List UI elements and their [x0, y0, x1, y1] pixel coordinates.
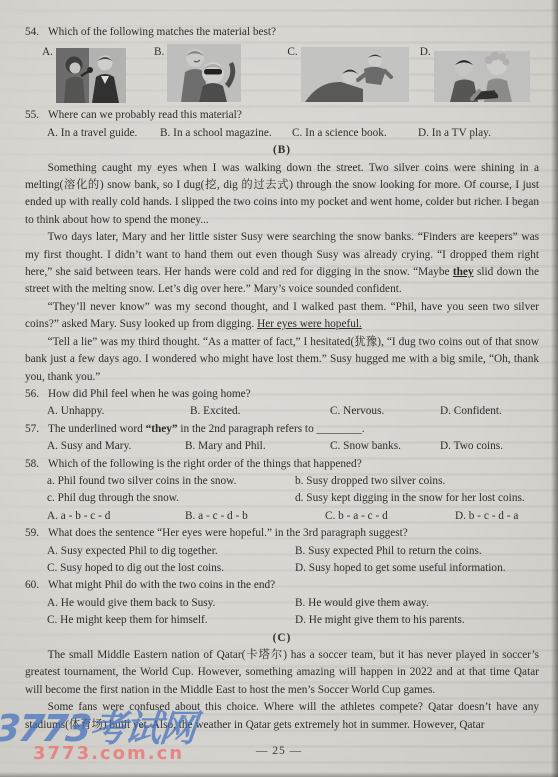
question-number: 58.	[25, 456, 48, 473]
question-number: 60.	[25, 577, 48, 594]
question-text: What does the sentence “Her eyes were ho…	[48, 525, 539, 542]
question-text-pre: The underlined word	[48, 423, 146, 435]
question-58: 58. Which of the following is the right …	[25, 456, 539, 473]
kids-with-sunglasses-photo	[167, 44, 241, 102]
quoted-sentence: “Her eyes were hopeful.”	[157, 527, 272, 539]
question-59: 59. What does the sentence “Her eyes wer…	[25, 525, 539, 542]
option-label: D.	[420, 44, 431, 61]
picture-option-d: D.	[420, 44, 530, 102]
option-c: C. He might keep them for himself.	[47, 612, 295, 629]
option-b: B. a - c - d - b	[185, 508, 325, 525]
question-56: 56. How did Phil feel when he was going …	[25, 386, 539, 403]
question-text-post: in the 2nd paragraph refers to	[178, 423, 317, 435]
question-text-pre: What does the sentence	[48, 527, 157, 539]
option-label: B.	[154, 44, 164, 61]
option-d: D. b - c - d - a	[455, 508, 539, 525]
question-number: 59.	[25, 525, 48, 542]
question-55: 55. Where can we probably read this mate…	[25, 107, 539, 124]
question-text: Where can we probably read this material…	[48, 107, 539, 124]
exam-content: 54. Which of the following matches the m…	[25, 24, 539, 734]
item-d: d. Susy kept digging in the snow for her…	[295, 490, 539, 507]
option-a: A. Susy and Mary.	[47, 438, 185, 455]
passage-b-paragraph-1: Something caught my eyes when I was walk…	[25, 160, 539, 230]
option-b: B. Mary and Phil.	[185, 438, 330, 455]
passage-b-paragraph-2: Two days later, Mary and her little sist…	[25, 229, 539, 299]
answer-blank: ________	[317, 423, 362, 435]
picture-option-c: C.	[287, 44, 408, 102]
option-c: C. b - a - c - d	[325, 508, 455, 525]
option-c: C. Susy hoped to dig out the lost coins.	[47, 560, 295, 577]
bold-word-they: “they”	[146, 423, 178, 435]
picture-option-a: A.	[42, 44, 126, 103]
parent-and-child-playing-photo	[301, 47, 409, 102]
option-label: C.	[287, 44, 297, 61]
page-number: — 25 —	[0, 745, 558, 757]
question-number: 56.	[25, 386, 48, 403]
question-57-options: A. Susy and Mary. B. Mary and Phil. C. S…	[47, 438, 539, 455]
question-56-options: A. Unhappy. B. Excited. C. Nervous. D. C…	[47, 403, 539, 420]
question-text: What might Phil do with the two coins in…	[48, 577, 539, 594]
underlined-word-they: they	[453, 266, 474, 278]
option-d: D. Susy hoped to get some useful informa…	[295, 560, 539, 577]
option-b: B. Susy expected Phil to return the coin…	[295, 543, 539, 560]
two-boys-reading-photo	[434, 51, 530, 102]
passage-b-heading: (B)	[25, 142, 539, 159]
exam-scan-page: 54. Which of the following matches the m…	[0, 0, 558, 777]
question-54: 54. Which of the following matches the m…	[25, 24, 539, 41]
question-text-post: in the 3rd paragraph suggest?	[272, 527, 408, 539]
question-59-options-ab: A. Susy expected Phil to dig together. B…	[47, 543, 539, 560]
picture-option-b: B.	[154, 44, 241, 102]
question-text: Which of the following matches the mater…	[48, 24, 539, 41]
passage-c-heading: (C)	[25, 630, 539, 647]
question-60-options-ab: A. He would give them back to Susy. B. H…	[47, 595, 539, 612]
question-58-items-cd: c. Phil dug through the snow. d. Susy ke…	[47, 490, 539, 507]
option-b: B. He would give them away.	[295, 595, 539, 612]
passage-b-paragraph-4: “Tell a lie” was my third thought. “As a…	[25, 334, 539, 386]
girl-interviewing-boy-photo	[56, 48, 126, 103]
option-d: D. Two coins.	[440, 438, 539, 455]
underlined-sentence: Her eyes were hopeful.	[257, 318, 362, 330]
option-a: A. Unhappy.	[47, 403, 190, 420]
question-58-options: A. a - b - c - d B. a - c - d - b C. b -…	[47, 508, 539, 525]
question-text: The underlined word “they” in the 2nd pa…	[48, 421, 539, 438]
option-label: A.	[42, 44, 53, 61]
option-a: A. a - b - c - d	[47, 508, 185, 525]
option-a: A. In a travel guide.	[47, 125, 160, 142]
option-d: D. In a TV play.	[418, 125, 539, 142]
option-c: C. In a science book.	[292, 125, 418, 142]
period: .	[362, 423, 365, 435]
question-55-options: A. In a travel guide. B. In a school mag…	[47, 125, 539, 142]
item-c: c. Phil dug through the snow.	[47, 490, 295, 507]
question-54-pictures: A. B.	[42, 44, 539, 106]
option-b: B. In a school magazine.	[160, 125, 292, 142]
option-b: B. Excited.	[190, 403, 330, 420]
question-number: 55.	[25, 107, 48, 124]
question-number: 57.	[25, 421, 48, 438]
passage-b-paragraph-3: “They’ll never know” was my second thoug…	[25, 299, 539, 334]
item-b: b. Susy dropped two silver coins.	[295, 473, 539, 490]
option-a: A. Susy expected Phil to dig together.	[47, 543, 295, 560]
option-c: C. Nervous.	[330, 403, 440, 420]
scan-edge-shadow-right	[551, 0, 558, 777]
question-57: 57. The underlined word “they” in the 2n…	[25, 421, 539, 438]
question-59-options-cd: C. Susy hoped to dig out the lost coins.…	[47, 560, 539, 577]
option-d: D. He might give them to his parents.	[295, 612, 539, 629]
option-c: C. Snow banks.	[330, 438, 440, 455]
question-58-items-ab: a. Phil found two silver coins in the sn…	[47, 473, 539, 490]
scan-edge-shadow-bottom	[0, 772, 558, 777]
question-text: Which of the following is the right orde…	[48, 456, 539, 473]
question-60-options-cd: C. He might keep them for himself. D. He…	[47, 612, 539, 629]
option-d: D. Confident.	[440, 403, 539, 420]
question-number: 54.	[25, 24, 48, 41]
option-a: A. He would give them back to Susy.	[47, 595, 295, 612]
passage-c-paragraph-1: The small Middle Eastern nation of Qatar…	[25, 647, 539, 699]
item-a: a. Phil found two silver coins in the sn…	[47, 473, 295, 490]
question-text: How did Phil feel when he was going home…	[48, 386, 539, 403]
question-60: 60. What might Phil do with the two coin…	[25, 577, 539, 594]
